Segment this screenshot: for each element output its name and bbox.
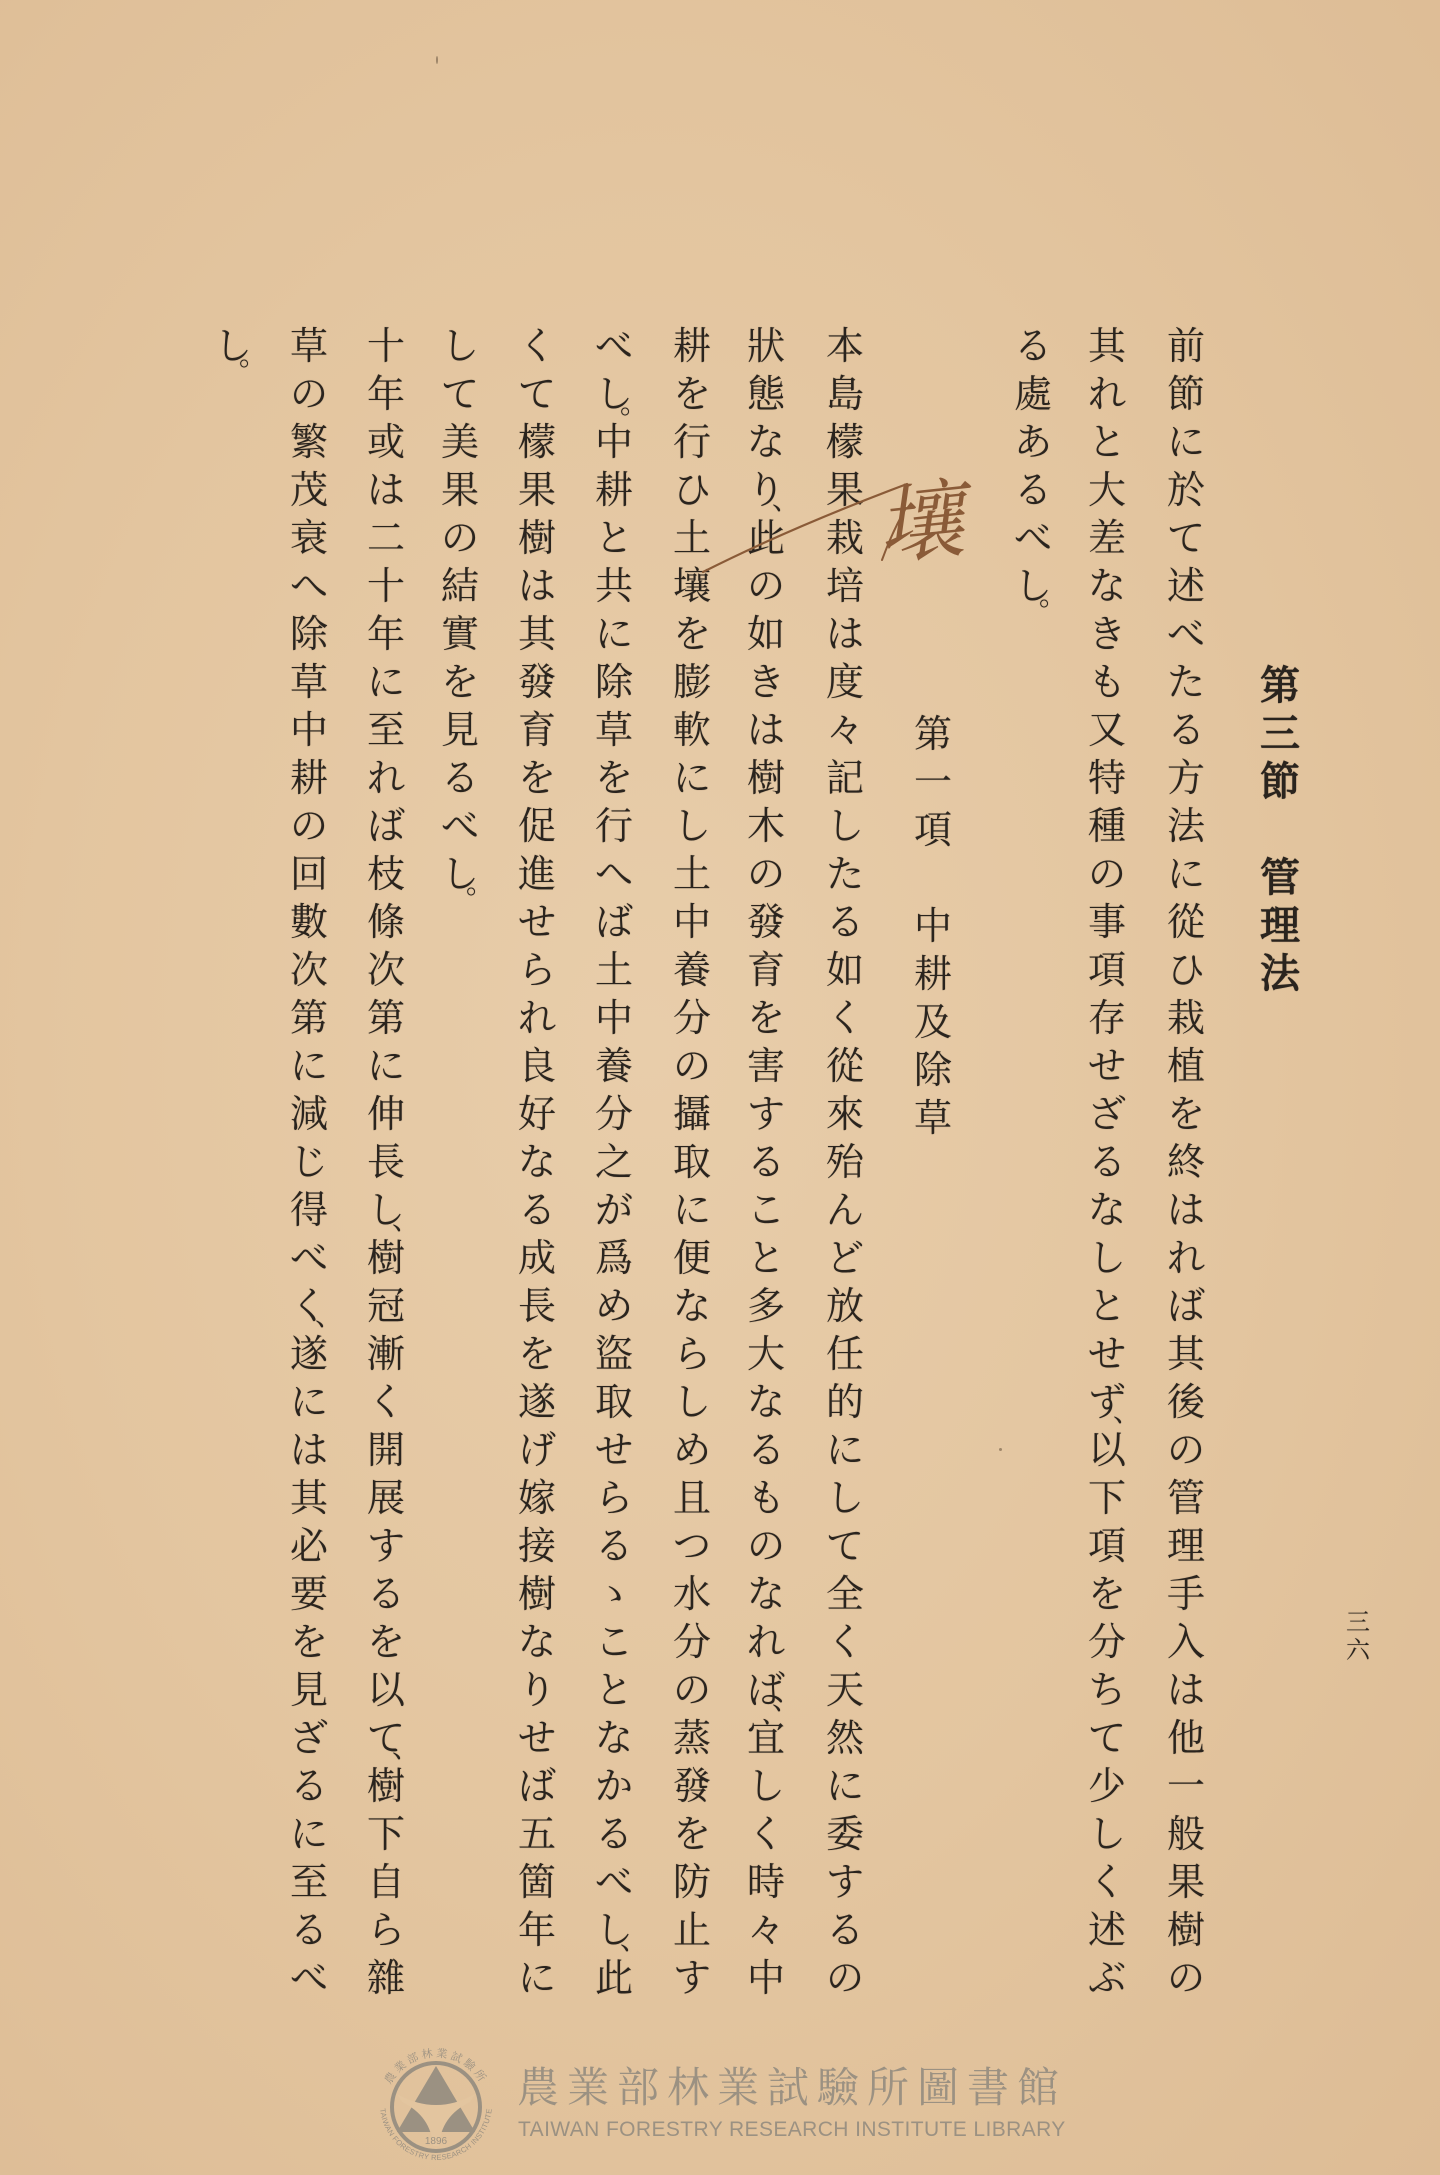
glyph: 其 bbox=[1083, 322, 1131, 370]
glyph: ぶ bbox=[1083, 1954, 1131, 2002]
glyph: 樹 bbox=[362, 1762, 410, 1810]
glyph: 法 bbox=[1256, 950, 1304, 998]
glyph: 事 bbox=[1083, 898, 1131, 946]
glyph: の bbox=[1162, 1426, 1210, 1474]
glyph: せ bbox=[1083, 1330, 1131, 1378]
page-number: 三六 bbox=[1343, 1608, 1373, 1664]
glyph: る bbox=[362, 1570, 410, 1618]
glyph: 箇 bbox=[513, 1858, 561, 1906]
glyph: 果 bbox=[1162, 1858, 1210, 1906]
glyph: た bbox=[821, 850, 869, 898]
body-line-7: 十年或は二十年に至れば枝條次第に伸長し、樹冠漸く開展するを以て、樹下自ら雜 bbox=[362, 322, 410, 2002]
glyph: 軟 bbox=[668, 706, 716, 754]
glyph: 繁 bbox=[285, 418, 333, 466]
glyph: 除 bbox=[285, 610, 333, 658]
glyph: 植 bbox=[1162, 1042, 1210, 1090]
glyph: す bbox=[362, 1522, 410, 1570]
glyph: な bbox=[590, 1714, 638, 1762]
glyph: 耕 bbox=[590, 466, 638, 514]
glyph: 自 bbox=[362, 1858, 410, 1906]
glyph: き bbox=[742, 658, 790, 706]
glyph: 回 bbox=[285, 850, 333, 898]
glyph: 木 bbox=[742, 802, 790, 850]
glyph: は bbox=[821, 610, 869, 658]
glyph: ざ bbox=[285, 1714, 333, 1762]
glyph: 節 bbox=[1256, 758, 1304, 806]
glyph: 攝 bbox=[668, 1090, 716, 1138]
glyph: 盜 bbox=[590, 1330, 638, 1378]
glyph: 必 bbox=[285, 1522, 333, 1570]
glyph: 度 bbox=[821, 658, 869, 706]
glyph: は bbox=[362, 466, 410, 514]
glyph: 手 bbox=[1162, 1570, 1210, 1618]
glyph: 殆 bbox=[821, 1138, 869, 1186]
glyph: を bbox=[436, 658, 484, 706]
glyph: 樹 bbox=[1162, 1906, 1210, 1954]
glyph: る bbox=[590, 1522, 638, 1570]
glyph: 理 bbox=[1162, 1522, 1210, 1570]
glyph: を bbox=[1162, 1090, 1210, 1138]
glyph: じ bbox=[285, 1138, 333, 1186]
glyph: 除 bbox=[909, 1046, 957, 1094]
glyph: は bbox=[742, 706, 790, 754]
glyph: 項 bbox=[909, 806, 957, 854]
glyph: る bbox=[1083, 1138, 1131, 1186]
glyph: な bbox=[513, 1618, 561, 1666]
glyph: き bbox=[1083, 610, 1131, 658]
glyph: る bbox=[742, 1426, 790, 1474]
glyph: 入 bbox=[1162, 1618, 1210, 1666]
glyph: の bbox=[742, 850, 790, 898]
glyph: 伸 bbox=[362, 1090, 410, 1138]
glyph: 草 bbox=[285, 322, 333, 370]
glyph: 三 bbox=[1343, 1608, 1373, 1636]
glyph: て bbox=[821, 1522, 869, 1570]
glyph: 十 bbox=[362, 322, 410, 370]
glyph: 後 bbox=[1162, 1378, 1210, 1426]
glyph: ら bbox=[668, 1330, 716, 1378]
glyph: せ bbox=[513, 1714, 561, 1762]
intro-line-2: 其れと大差なきも又特種の事項存せざるなしとせず、以下項を分ちて少しく述ぶ bbox=[1083, 322, 1131, 2002]
glyph: 實 bbox=[436, 610, 484, 658]
glyph: 土 bbox=[668, 850, 716, 898]
glyph: 又 bbox=[1083, 706, 1131, 754]
glyph: べ bbox=[285, 1234, 333, 1282]
glyph: 要 bbox=[285, 1570, 333, 1618]
glyph: 全 bbox=[821, 1570, 869, 1618]
glyph: の bbox=[668, 1042, 716, 1090]
glyph: し bbox=[821, 802, 869, 850]
glyph: つ bbox=[668, 1522, 716, 1570]
glyph: 方 bbox=[1162, 754, 1210, 802]
glyph: 島 bbox=[821, 370, 869, 418]
glyph: 狀 bbox=[742, 322, 790, 370]
glyph: 分 bbox=[668, 1618, 716, 1666]
glyph: こ bbox=[590, 1618, 638, 1666]
glyph: の bbox=[742, 1522, 790, 1570]
glyph: が bbox=[590, 1186, 638, 1234]
glyph: 草 bbox=[909, 1094, 957, 1142]
glyph: 除 bbox=[590, 658, 638, 706]
glyph: 長 bbox=[513, 1282, 561, 1330]
glyph: と bbox=[590, 1666, 638, 1714]
glyph: 好 bbox=[513, 1090, 561, 1138]
glyph: 次 bbox=[362, 946, 410, 994]
glyph: 雜 bbox=[362, 1954, 410, 2002]
glyph: 冠 bbox=[362, 1282, 410, 1330]
body-line-6: して美果の結實を見るべし。 bbox=[436, 322, 484, 898]
glyph: 至 bbox=[285, 1858, 333, 1906]
glyph: あ bbox=[1009, 418, 1057, 466]
subsection-heading: 第一項 中耕及除草 bbox=[909, 710, 957, 1142]
glyph: る bbox=[590, 1810, 638, 1858]
glyph: 然 bbox=[821, 1714, 869, 1762]
glyph: に bbox=[590, 610, 638, 658]
glyph: る bbox=[742, 1138, 790, 1186]
glyph: 年 bbox=[362, 370, 410, 418]
glyph: と bbox=[1083, 418, 1131, 466]
glyph: ち bbox=[1083, 1666, 1131, 1714]
glyph: れ bbox=[362, 754, 410, 802]
glyph: な bbox=[742, 418, 790, 466]
glyph: な bbox=[1083, 1186, 1131, 1234]
glyph: な bbox=[1083, 562, 1131, 610]
glyph: の bbox=[285, 802, 333, 850]
glyph: と bbox=[1083, 1282, 1131, 1330]
glyph: に bbox=[1162, 850, 1210, 898]
glyph: 其 bbox=[285, 1474, 333, 1522]
glyph: 第 bbox=[1256, 662, 1304, 710]
glyph: 管 bbox=[1162, 1474, 1210, 1522]
glyph: て bbox=[1083, 1714, 1131, 1762]
glyph: ば bbox=[513, 1762, 561, 1810]
glyph: 條 bbox=[362, 898, 410, 946]
glyph: ひ bbox=[1162, 946, 1210, 994]
glyph: べ bbox=[1162, 610, 1210, 658]
glyph: れ bbox=[513, 994, 561, 1042]
glyph: な bbox=[742, 1378, 790, 1426]
glyph: 中 bbox=[909, 902, 957, 950]
glyph: に bbox=[285, 1042, 333, 1090]
glyph: る bbox=[1009, 466, 1057, 514]
watermark-title-en: TAIWAN FORESTRY RESEARCH INSTITUTE LIBRA… bbox=[518, 2118, 1066, 2142]
glyph: 接 bbox=[513, 1522, 561, 1570]
glyph: 下 bbox=[362, 1810, 410, 1858]
glyph: に bbox=[285, 1378, 333, 1426]
glyph: る bbox=[436, 754, 484, 802]
glyph: の bbox=[1083, 850, 1131, 898]
glyph: ば bbox=[1162, 1282, 1210, 1330]
glyph: 本 bbox=[821, 322, 869, 370]
glyph: に bbox=[513, 1954, 561, 2002]
glyph: 良 bbox=[513, 1042, 561, 1090]
body-line-9: し。 bbox=[209, 322, 257, 370]
glyph: る bbox=[513, 1186, 561, 1234]
glyph: 檬 bbox=[513, 418, 561, 466]
section-heading: 第三節 管理法 bbox=[1256, 662, 1304, 998]
annotation-glyph: 壤 bbox=[872, 469, 981, 579]
glyph: 六 bbox=[1343, 1636, 1373, 1664]
glyph: 栽 bbox=[1162, 994, 1210, 1042]
glyph: を bbox=[285, 1618, 333, 1666]
body-line-2: 狀態なり、此の如きは樹木の發育を害すること多大なるものなれば、宜しく時々中 bbox=[742, 322, 790, 2002]
glyph: 分 bbox=[668, 994, 716, 1042]
glyph: 種 bbox=[1083, 802, 1131, 850]
glyph: こ bbox=[742, 1186, 790, 1234]
glyph: る bbox=[285, 1906, 333, 1954]
glyph: 特 bbox=[1083, 754, 1131, 802]
glyph: 展 bbox=[362, 1474, 410, 1522]
glyph: 他 bbox=[1162, 1714, 1210, 1762]
glyph: 的 bbox=[821, 1378, 869, 1426]
glyph: ば bbox=[590, 898, 638, 946]
glyph: 從 bbox=[821, 1042, 869, 1090]
glyph: 茂 bbox=[285, 466, 333, 514]
glyph: て bbox=[436, 370, 484, 418]
glyph: と bbox=[742, 1234, 790, 1282]
glyph: 放 bbox=[821, 1282, 869, 1330]
glyph: へ bbox=[285, 562, 333, 610]
glyph: 項 bbox=[1083, 1522, 1131, 1570]
glyph: 發 bbox=[668, 1762, 716, 1810]
seal-year: 1896 bbox=[425, 2136, 448, 2147]
glyph: た bbox=[1162, 658, 1210, 706]
glyph: せ bbox=[590, 1426, 638, 1474]
glyph: べ bbox=[1009, 514, 1057, 562]
glyph: 十 bbox=[362, 562, 410, 610]
glyph: 存 bbox=[1083, 994, 1131, 1042]
glyph: 管 bbox=[1256, 854, 1304, 902]
glyph bbox=[1256, 806, 1304, 854]
glyph: 三 bbox=[1256, 710, 1304, 758]
body-line-3: 耕を行ひ土壤を膨軟にし土中養分の攝取に便ならしめ且つ水分の蒸發を防止す bbox=[668, 322, 716, 2002]
glyph: 防 bbox=[668, 1858, 716, 1906]
glyph: 天 bbox=[821, 1666, 869, 1714]
glyph: ん bbox=[821, 1186, 869, 1234]
glyph: 爲 bbox=[590, 1234, 638, 1282]
glyph: 處 bbox=[1009, 370, 1057, 418]
glyph: 數 bbox=[285, 898, 333, 946]
glyph: 中 bbox=[285, 706, 333, 754]
glyph: 果 bbox=[821, 466, 869, 514]
glyph: 長 bbox=[362, 1138, 410, 1186]
glyph: ゝ bbox=[590, 1570, 638, 1618]
glyph: 此 bbox=[742, 514, 790, 562]
glyph: べ bbox=[436, 802, 484, 850]
glyph: 其 bbox=[513, 610, 561, 658]
glyph: 水 bbox=[668, 1570, 716, 1618]
glyph: を bbox=[513, 1330, 561, 1378]
glyph: 且 bbox=[668, 1474, 716, 1522]
glyph: 述 bbox=[1162, 562, 1210, 610]
glyph: 開 bbox=[362, 1426, 410, 1474]
glyph: 第 bbox=[362, 994, 410, 1042]
glyph: を bbox=[668, 370, 716, 418]
glyph: 促 bbox=[513, 802, 561, 850]
glyph: は bbox=[1162, 1186, 1210, 1234]
glyph: 差 bbox=[1083, 514, 1131, 562]
glyph: 五 bbox=[513, 1810, 561, 1858]
glyph: を bbox=[590, 754, 638, 802]
glyph: 二 bbox=[362, 514, 410, 562]
glyph: 樹 bbox=[513, 514, 561, 562]
glyph: な bbox=[668, 1282, 716, 1330]
annotation-line bbox=[703, 484, 907, 572]
glyph: て bbox=[1162, 514, 1210, 562]
glyph: げ bbox=[513, 1426, 561, 1474]
glyph: 如 bbox=[742, 610, 790, 658]
glyph: る bbox=[285, 1762, 333, 1810]
paper-speck bbox=[436, 56, 438, 64]
glyph: の bbox=[1162, 1954, 1210, 2002]
glyph: 一 bbox=[909, 758, 957, 806]
glyph: を bbox=[742, 994, 790, 1042]
glyph: な bbox=[513, 1138, 561, 1186]
glyph: べ bbox=[285, 1954, 333, 2002]
glyph: は bbox=[285, 1426, 333, 1474]
glyph: 耕 bbox=[285, 754, 333, 802]
glyph: れ bbox=[1162, 1234, 1210, 1282]
body-line-5: くて檬果樹は其發育を促進せられ良好なる成長を遂げ嫁接樹なりせば五箇年に bbox=[513, 322, 561, 2002]
glyph: し bbox=[668, 802, 716, 850]
glyph: 來 bbox=[821, 1090, 869, 1138]
glyph: 便 bbox=[668, 1234, 716, 1282]
glyph: ら bbox=[590, 1474, 638, 1522]
glyph: せ bbox=[1083, 1042, 1131, 1090]
glyph: に bbox=[668, 754, 716, 802]
glyph: 大 bbox=[742, 1330, 790, 1378]
glyph: 結 bbox=[436, 562, 484, 610]
glyph: も bbox=[742, 1474, 790, 1522]
glyph: 草 bbox=[590, 706, 638, 754]
glyph: 遂 bbox=[513, 1378, 561, 1426]
glyph: ど bbox=[821, 1234, 869, 1282]
body-line-4: べし。中耕と共に除草を行へば土中養分之が爲め盜取せらるゝことなかるべし、此 bbox=[590, 322, 638, 2002]
glyph: ざ bbox=[1083, 1090, 1131, 1138]
glyph: 共 bbox=[590, 562, 638, 610]
glyph: す bbox=[742, 1090, 790, 1138]
glyph: 土 bbox=[668, 514, 716, 562]
glyph: す bbox=[821, 1858, 869, 1906]
glyph: な bbox=[742, 1570, 790, 1618]
glyph: 分 bbox=[1083, 1618, 1131, 1666]
watermark-logo: 農業部林業試驗所 TAIWAN FORESTRY RESEARCH INSTIT… bbox=[371, 2042, 501, 2172]
glyph: 見 bbox=[285, 1666, 333, 1714]
glyph: 漸 bbox=[362, 1330, 410, 1378]
annotation-stroke bbox=[882, 508, 906, 560]
intro-line-1: 前節に於て述べたる方法に從ひ栽植を終はれば其後の管理手入は他一般果樹の bbox=[1162, 322, 1210, 2002]
glyph: を bbox=[668, 610, 716, 658]
glyph: る bbox=[1162, 706, 1210, 754]
glyph: 以 bbox=[1083, 1426, 1131, 1474]
glyph: く bbox=[821, 1618, 869, 1666]
glyph: ら bbox=[513, 946, 561, 994]
glyph: 多 bbox=[742, 1282, 790, 1330]
glyph: 法 bbox=[1162, 802, 1210, 850]
glyph: か bbox=[590, 1762, 638, 1810]
glyph: は bbox=[513, 562, 561, 610]
glyph: 時 bbox=[742, 1858, 790, 1906]
glyph: を bbox=[513, 754, 561, 802]
glyph: に bbox=[668, 1186, 716, 1234]
glyph: 取 bbox=[668, 1138, 716, 1186]
glyph: の bbox=[742, 562, 790, 610]
glyph: を bbox=[1083, 1570, 1131, 1618]
glyph: て bbox=[513, 370, 561, 418]
glyph: の bbox=[821, 1954, 869, 2002]
glyph: く bbox=[362, 1378, 410, 1426]
glyph: く bbox=[1083, 1858, 1131, 1906]
glyph: 々 bbox=[742, 1906, 790, 1954]
glyph: 年 bbox=[513, 1906, 561, 1954]
glyph: 其 bbox=[1162, 1330, 1210, 1378]
paper-speck bbox=[999, 1448, 1002, 1451]
glyph: し bbox=[1083, 1810, 1131, 1858]
glyph: 害 bbox=[742, 1042, 790, 1090]
glyph: 嫁 bbox=[513, 1474, 561, 1522]
glyph: 下 bbox=[1083, 1474, 1131, 1522]
intro-line-3: る處あるべし。 bbox=[1009, 322, 1057, 610]
glyph: く bbox=[821, 994, 869, 1042]
glyph: れ bbox=[1083, 370, 1131, 418]
glyph: 止 bbox=[668, 1906, 716, 1954]
glyph: 樹 bbox=[362, 1234, 410, 1282]
glyph: 之 bbox=[590, 1138, 638, 1186]
glyph: の bbox=[668, 1666, 716, 1714]
glyph: 分 bbox=[590, 1090, 638, 1138]
glyph: 枝 bbox=[362, 850, 410, 898]
glyph: 前 bbox=[1162, 322, 1210, 370]
glyph: べ bbox=[590, 322, 638, 370]
glyph: 養 bbox=[590, 1042, 638, 1090]
glyph: 態 bbox=[742, 370, 790, 418]
glyph: 任 bbox=[821, 1330, 869, 1378]
glyph: に bbox=[362, 658, 410, 706]
glyph: く bbox=[513, 322, 561, 370]
glyph: め bbox=[590, 1282, 638, 1330]
glyph: 栽 bbox=[821, 514, 869, 562]
glyph: 土 bbox=[590, 946, 638, 994]
glyph: 發 bbox=[513, 658, 561, 706]
glyph: 果 bbox=[436, 466, 484, 514]
glyph: 衰 bbox=[285, 514, 333, 562]
glyph: の bbox=[436, 514, 484, 562]
glyph: に bbox=[821, 1762, 869, 1810]
glyph: 樹 bbox=[513, 1570, 561, 1618]
glyph: 大 bbox=[1083, 466, 1131, 514]
glyph: り bbox=[513, 1666, 561, 1714]
glyph: し bbox=[1083, 1234, 1131, 1282]
glyph: 或 bbox=[362, 418, 410, 466]
glyph: 於 bbox=[1162, 466, 1210, 514]
glyph: 以 bbox=[362, 1666, 410, 1714]
glyph: す bbox=[668, 1954, 716, 2002]
glyph: 理 bbox=[1256, 902, 1304, 950]
glyph: せ bbox=[513, 898, 561, 946]
glyph: 々 bbox=[821, 706, 869, 754]
glyph: る bbox=[821, 898, 869, 946]
glyph: 草 bbox=[285, 658, 333, 706]
glyph: し bbox=[436, 322, 484, 370]
glyph: く bbox=[742, 1810, 790, 1858]
glyph: 行 bbox=[668, 418, 716, 466]
glyph: 次 bbox=[285, 946, 333, 994]
glyph: に bbox=[362, 1042, 410, 1090]
glyph: 成 bbox=[513, 1234, 561, 1282]
glyph: 一 bbox=[1162, 1762, 1210, 1810]
glyph: 遂 bbox=[285, 1330, 333, 1378]
glyph: 膨 bbox=[668, 658, 716, 706]
